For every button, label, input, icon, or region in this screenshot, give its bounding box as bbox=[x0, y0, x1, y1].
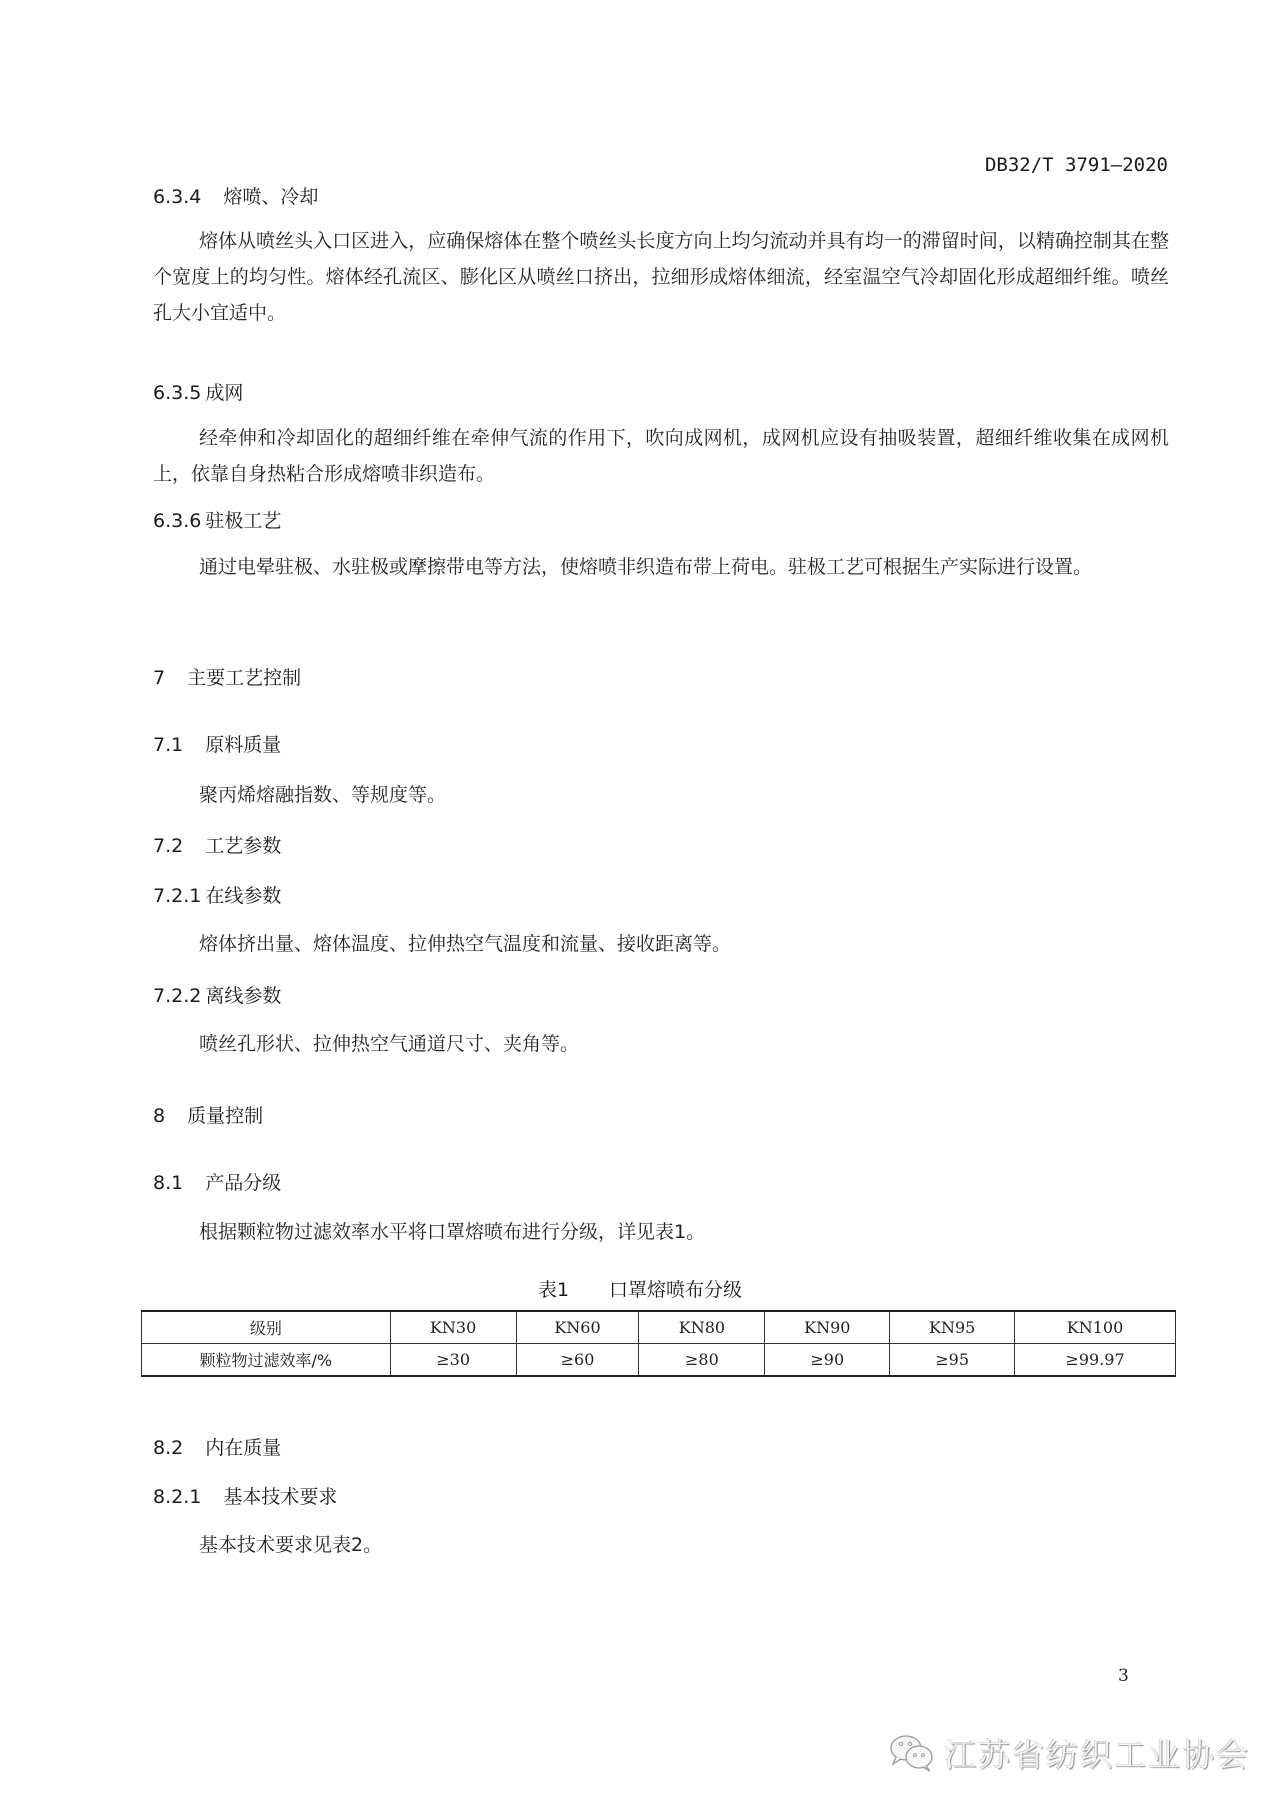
page-number: 3 bbox=[1118, 1666, 1129, 1686]
heading-title: 基本技术要求 bbox=[223, 1486, 337, 1508]
heading-number: 8 bbox=[153, 1105, 165, 1127]
heading-8-2-1: 8.2.1基本技术要求 bbox=[153, 1482, 337, 1509]
table-cell: ≥80 bbox=[639, 1344, 765, 1377]
paragraph-6-3-6: 通过电晕驻极、水驻极或摩擦带电等方法，使熔喷非织造布带上荷电。驻极工艺可根据生产… bbox=[153, 549, 1169, 585]
heading-number: 6.3.6 bbox=[153, 510, 201, 532]
paragraph-6-3-4: 熔体从喷丝头入口区进入，应确保熔体在整个喷丝头长度方向上均匀流动并具有均一的滞留… bbox=[153, 223, 1169, 331]
paragraph-6-3-5: 经牵伸和冷却固化的超细纤维在牵伸气流的作用下，吹向成网机，成网机应设有抽吸装置，… bbox=[153, 420, 1169, 492]
heading-number: 7.1 bbox=[153, 734, 183, 756]
table-cell-header: 级别 bbox=[142, 1311, 391, 1344]
heading-title: 驻极工艺 bbox=[205, 510, 281, 532]
heading-6-3-6: 6.3.6驻极工艺 bbox=[153, 506, 281, 533]
heading-7-2-2: 7.2.2离线参数 bbox=[153, 981, 281, 1008]
heading-8: 8质量控制 bbox=[153, 1101, 263, 1128]
heading-number: 7.2.1 bbox=[153, 885, 201, 907]
heading-6-3-4: 6.3.4熔喷、冷却 bbox=[153, 182, 318, 209]
heading-number: 7 bbox=[153, 667, 165, 689]
watermark-text: 江苏省纺织工业协会 bbox=[944, 1730, 1250, 1776]
heading-number: 8.2 bbox=[153, 1437, 183, 1459]
heading-title: 产品分级 bbox=[205, 1172, 281, 1194]
heading-title: 质量控制 bbox=[187, 1105, 263, 1127]
heading-title: 工艺参数 bbox=[205, 835, 281, 857]
heading-number: 6.3.4 bbox=[153, 186, 201, 208]
table-row-efficiency: 颗粒物过滤效率/% ≥30 ≥60 ≥80 ≥90 ≥95 ≥99.97 bbox=[142, 1344, 1176, 1377]
table-row-grade: 级别 KN30 KN60 KN80 KN90 KN95 KN100 bbox=[142, 1311, 1176, 1344]
grade-table: 级别 KN30 KN60 KN80 KN90 KN95 KN100 颗粒物过滤效… bbox=[141, 1310, 1176, 1377]
heading-number: 7.2.2 bbox=[153, 985, 201, 1007]
paragraph-7-2-1: 熔体挤出量、熔体温度、拉伸热空气温度和流量、接收距离等。 bbox=[199, 926, 1215, 962]
paragraph-7-2-2: 喷丝孔形状、拉伸热空气通道尺寸、夹角等。 bbox=[199, 1026, 1215, 1062]
heading-7: 7主要工艺控制 bbox=[153, 663, 301, 690]
heading-number: 6.3.5 bbox=[153, 382, 201, 404]
table-cell: ≥30 bbox=[390, 1344, 516, 1377]
heading-title: 原料质量 bbox=[205, 734, 281, 756]
heading-6-3-5: 6.3.5成网 bbox=[153, 378, 243, 405]
table-cell: KN60 bbox=[516, 1311, 639, 1344]
heading-number: 7.2 bbox=[153, 835, 183, 857]
paragraph-8-1: 根据颗粒物过滤效率水平将口罩熔喷布进行分级，详见表1。 bbox=[199, 1214, 1215, 1250]
table-caption-title: 口罩熔喷布分级 bbox=[609, 1279, 742, 1301]
heading-title: 主要工艺控制 bbox=[187, 667, 301, 689]
table-caption-number: 表1 bbox=[538, 1279, 569, 1301]
table-cell: KN80 bbox=[639, 1311, 765, 1344]
heading-title: 熔喷、冷却 bbox=[223, 186, 318, 208]
heading-8-1: 8.1产品分级 bbox=[153, 1168, 281, 1195]
table-cell: ≥90 bbox=[765, 1344, 890, 1377]
heading-number: 8.2.1 bbox=[153, 1486, 201, 1508]
heading-7-2-1: 7.2.1在线参数 bbox=[153, 881, 281, 908]
heading-7-2: 7.2工艺参数 bbox=[153, 831, 281, 858]
table-cell: ≥99.97 bbox=[1015, 1344, 1176, 1377]
heading-8-2: 8.2内在质量 bbox=[153, 1433, 281, 1460]
table-cell: ≥95 bbox=[890, 1344, 1015, 1377]
heading-title: 成网 bbox=[205, 382, 243, 404]
table-cell: ≥60 bbox=[516, 1344, 639, 1377]
heading-7-1: 7.1原料质量 bbox=[153, 730, 281, 757]
paragraph-8-2-1: 基本技术要求见表2。 bbox=[199, 1527, 1215, 1563]
table-cell: KN90 bbox=[765, 1311, 890, 1344]
table-caption: 表1口罩熔喷布分级 bbox=[0, 1275, 1280, 1302]
heading-title: 离线参数 bbox=[205, 985, 281, 1007]
table-cell-header: 颗粒物过滤效率/% bbox=[142, 1344, 391, 1377]
wechat-icon bbox=[888, 1733, 936, 1773]
table-cell: KN95 bbox=[890, 1311, 1015, 1344]
heading-number: 8.1 bbox=[153, 1172, 183, 1194]
table-cell: KN100 bbox=[1015, 1311, 1176, 1344]
document-page: DB32/T 3791—2020 6.3.4熔喷、冷却 熔体从喷丝头入口区进入，… bbox=[0, 0, 1280, 1810]
watermark: 江苏省纺织工业协会 bbox=[888, 1730, 1250, 1776]
table-cell: KN30 bbox=[390, 1311, 516, 1344]
document-code: DB32/T 3791—2020 bbox=[985, 154, 1168, 176]
heading-title: 在线参数 bbox=[205, 885, 281, 907]
heading-title: 内在质量 bbox=[205, 1437, 281, 1459]
paragraph-7-1: 聚丙烯熔融指数、等规度等。 bbox=[199, 777, 1215, 813]
